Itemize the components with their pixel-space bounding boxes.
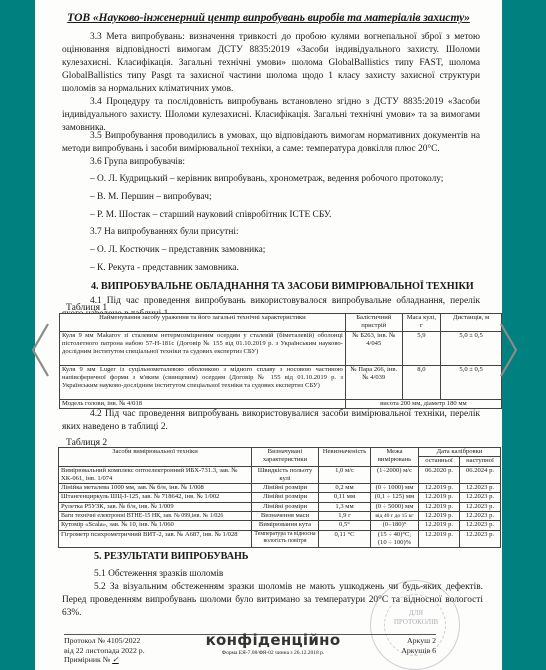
- table-row: Кутомір «Scala», зав. № 10, інв. № 1/060…: [59, 521, 501, 530]
- table-cell: 0,5°: [319, 521, 371, 530]
- table-cell: (1÷2000) м/с: [371, 466, 419, 484]
- attendee-item: – О. Л. Костючик – представник замовника…: [90, 244, 265, 256]
- attendee-item: – К. Рекута - представник замовника.: [90, 262, 239, 274]
- table-row: Ваги технічні електронні ВТНЕ-15 НК, зав…: [59, 512, 501, 521]
- table-header-row: Засоби вимірювальної техніки Визначувані…: [59, 448, 501, 457]
- table-cell: Лінійка металева 1000 мм, зав. № б/н, ін…: [59, 484, 252, 493]
- table-cell: № Б263, інв. № 4/045: [345, 331, 402, 365]
- table-cell: № Пара 266, інв. № 4/039: [345, 365, 402, 399]
- table-header-cell: Засоби вимірювальної техніки: [59, 448, 252, 467]
- table-cell: 12.2023 р.: [460, 493, 501, 502]
- table-row: Штангенциркуль ШЦ-І-125, зав. № 718642, …: [59, 493, 501, 502]
- paragraph-3-5: 3.5 Випробування проводились в умовах, щ…: [62, 130, 480, 156]
- table-header-cell: Дистанція, м: [441, 314, 502, 332]
- table-cell: 12.2019 р.: [419, 493, 460, 502]
- table-row: Куля 9 мм Luger із суцільнометалевою обо…: [60, 365, 502, 399]
- table-cell: Лінійні розміри: [252, 484, 319, 493]
- table1-caption: Таблиця 1: [66, 302, 107, 313]
- tester-item: – Р. М. Шостак – старший науковий співро…: [90, 209, 331, 221]
- table-row: Рулетка Р5УЗК, зав. № б/н, інв. № 1/009 …: [59, 502, 501, 511]
- table-header-cell: останньої: [419, 457, 460, 466]
- paragraph-5-2: 5.2 За візуальним обстеженням зразки шол…: [62, 581, 483, 620]
- table-cell: висота 200 мм, діаметр 180 мм: [345, 399, 501, 408]
- table-cell: 0,11 °С: [319, 530, 371, 548]
- table-cell: 0,2 мм: [319, 484, 371, 493]
- table-cell: Температура та відносна вологість повітр…: [252, 530, 319, 548]
- table-cell: 12.2019 р.: [419, 530, 460, 548]
- table-cell: Лінійні розміри: [252, 502, 319, 511]
- table-header-cell: Невизначеність: [319, 448, 371, 467]
- table-cell: Визначення маси: [252, 512, 319, 521]
- previous-page-button[interactable]: [30, 322, 50, 378]
- table-cell: 12.2019 р.: [419, 512, 460, 521]
- table-cell: (0,1 ÷ 125) мм: [371, 493, 419, 502]
- table2-caption: Таблиця 2: [66, 437, 107, 448]
- table-cell: від 40 г до 15 кг: [371, 512, 419, 521]
- table-cell: 0,11 мм: [319, 493, 371, 502]
- table-row: Лінійка металева 1000 мм, зав. № б/н, ін…: [59, 484, 501, 493]
- copy-signature: ✓: [112, 655, 119, 664]
- table-row: Вимірювальний комплекс оптоелектронний И…: [59, 466, 501, 484]
- table-header-row: Найменування засобу ураження та його заг…: [60, 314, 502, 332]
- next-page-button[interactable]: [499, 322, 519, 378]
- footer-confidential: конфіденційно Форма ЕЯ-7.08/ФЯ-02 чинна …: [0, 631, 546, 656]
- table-cell: 12.2023 р.: [460, 530, 501, 548]
- table-cell: (0 ÷ 5000) мм: [371, 502, 419, 511]
- table-cell: 12.2023 р.: [460, 502, 501, 511]
- tester-item: – В. М. Першин – випробувач;: [90, 191, 212, 203]
- table-header-cell: Найменування засобу ураження та його заг…: [60, 314, 346, 332]
- document-header: ТОВ «Науково-інженерний центр випробуван…: [35, 11, 502, 24]
- table-header-cell: Балістичний пристрій: [345, 314, 402, 332]
- table-cell: (0 ÷ 1000) мм: [371, 484, 419, 493]
- section-5-title: 5. РЕЗУЛЬТАТИ ВИПРОБУВАНЬ: [94, 551, 248, 562]
- sheet-count: Аркушів 6: [390, 646, 436, 656]
- table-cell: 5,0 ± 0,5: [441, 331, 502, 365]
- section-4-title: 4. ВИПРОБУВАЛЬНЕ ОБЛАДНАННЯ ТА ЗАСОБИ ВИ…: [91, 281, 474, 292]
- table-cell: Куля 9 мм Luger із суцільнометалевою обо…: [60, 365, 346, 399]
- table-cell: 1,9 г: [319, 512, 371, 521]
- paragraph-5-1: 5.1 Обстеження зразків шоломів: [94, 568, 223, 580]
- table-cell: Рулетка Р5УЗК, зав. № б/н, інв. № 1/009: [59, 502, 252, 511]
- table-cell: Куля 9 мм Makarov зі сталевим нетермозмі…: [60, 331, 346, 365]
- table-cell: 12.2019 р.: [419, 521, 460, 530]
- chevron-left-icon: [30, 322, 50, 378]
- table-cell: Вимірювання кута: [252, 521, 319, 530]
- table-header-cell: наступної: [460, 457, 501, 466]
- table-cell: 06.2020 р.: [419, 466, 460, 484]
- copy-number: Примірник № ✓: [64, 655, 145, 665]
- table-cell: 1,0 м/с: [319, 466, 371, 484]
- table-cell: 5,9: [402, 331, 441, 365]
- table-row: Гігрометр психрометричний ВИТ-2, зав. № …: [59, 530, 501, 548]
- tester-item: – О. Л. Кудрицький – керівник випробуван…: [90, 173, 443, 185]
- table-cell: (0÷180)°: [371, 521, 419, 530]
- table-cell: Штангенциркуль ШЦ-І-125, зав. № 718642, …: [59, 493, 252, 502]
- table-cell: 12.2023 р.: [460, 512, 501, 521]
- copy-label: Примірник №: [64, 655, 112, 664]
- table-cell: 06.2024 р.: [460, 466, 501, 484]
- table-cell: Швидкість польоту кулі: [252, 466, 319, 484]
- paragraph-3-4: 3.4 Процедуру та послідовність випробува…: [62, 96, 480, 135]
- table-cell: 5,0 ± 0,5: [441, 365, 502, 399]
- table-header-cell: Визначувані характеристики: [252, 448, 319, 467]
- chevron-right-icon: [499, 322, 519, 378]
- table-header-cell: Дата калібровки: [419, 448, 501, 457]
- table-cell: 12.2019 р.: [419, 484, 460, 493]
- testers-title: 3.6 Група випробувачів:: [90, 156, 185, 168]
- table-cell: Ваги технічні електронні ВТНЕ-15 НК, зав…: [59, 512, 252, 521]
- form-code: Форма ЕЯ-7.08/ФЯ-02 чинна з 26.12.2018 р…: [0, 650, 546, 656]
- footer-sheet-info: Аркуш 2 Аркушів 6: [390, 636, 436, 655]
- attendees-title: 3.7 На випробуваннях були присутні:: [90, 226, 239, 238]
- sheet-number: Аркуш 2: [390, 636, 436, 646]
- measuring-instruments-table: Засоби вимірювальної техніки Визначувані…: [58, 447, 501, 548]
- table-cell: Кутомір «Scala», зав. № 10, інв. № 1/060: [59, 521, 252, 530]
- table-cell: 12.2023 р.: [460, 521, 501, 530]
- table-row: Модель голови, інв. № 4/018 висота 200 м…: [60, 399, 502, 408]
- table-header-cell: Маса кулі, г: [402, 314, 441, 332]
- table-cell: Гігрометр психрометричний ВИТ-2, зав. № …: [59, 530, 252, 548]
- equipment-table: Найменування засобу ураження та його заг…: [59, 313, 502, 409]
- table-cell: 12.2019 р.: [419, 502, 460, 511]
- paragraph-4-2: 4.2 Під час проведення випробувань викор…: [62, 408, 480, 434]
- paragraph-3-3: 3.3 Мета випробувань: визначення тривкос…: [62, 31, 480, 96]
- table-cell: 8,0: [402, 365, 441, 399]
- confidential-label: конфіденційно: [0, 631, 546, 649]
- table-cell: (15 ÷ 40)°С, (10 ÷ 100)%: [371, 530, 419, 548]
- table-header-cell: Межа вимірювань: [371, 448, 419, 467]
- table-cell: 12.2023 р.: [460, 484, 501, 493]
- table-cell: Модель голови, інв. № 4/018: [60, 399, 346, 408]
- table-cell: 1,3 мм: [319, 502, 371, 511]
- table-row: Куля 9 мм Makarov зі сталевим нетермозмі…: [60, 331, 502, 365]
- table-cell: Вимірювальний комплекс оптоелектронний И…: [59, 466, 252, 484]
- table-cell: Лінійні розміри: [252, 493, 319, 502]
